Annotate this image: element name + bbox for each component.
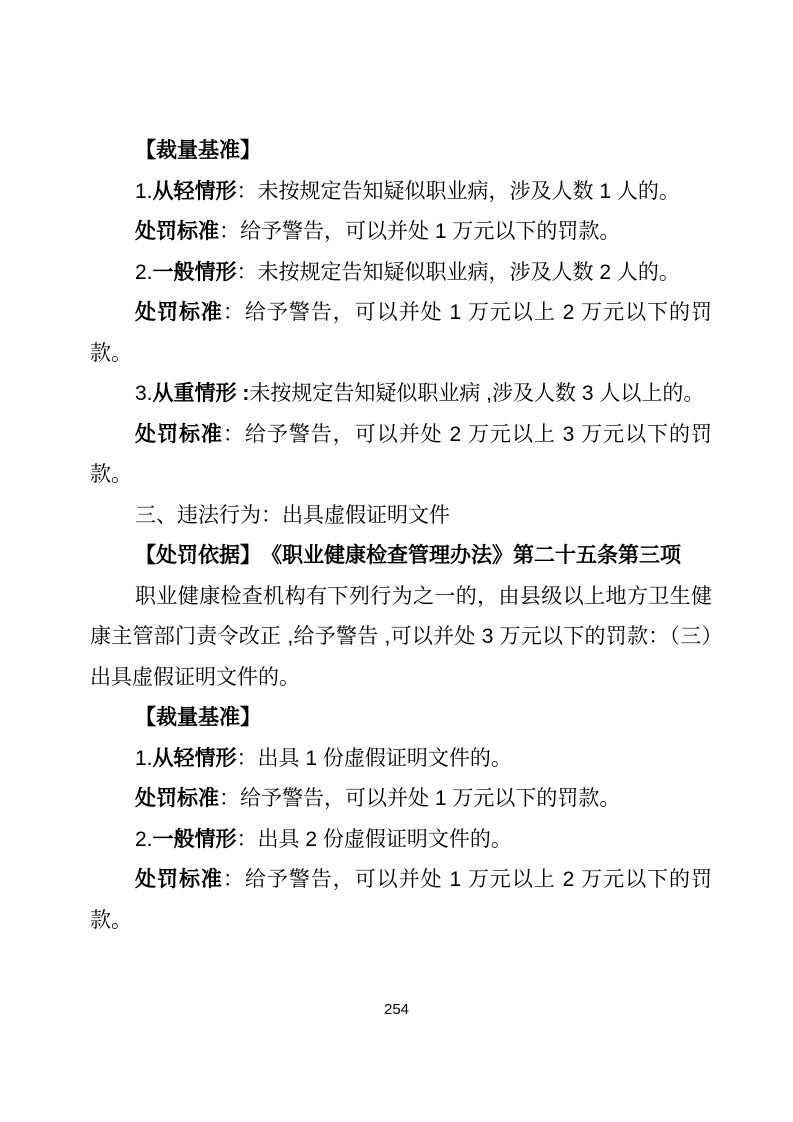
penalty-basis-heading: 【处罚依据】 《职业健康检查管理办法》第二十五条第三项 bbox=[90, 536, 712, 577]
bold-text-run: 处罚标准 bbox=[135, 301, 223, 324]
item-heavy-circumstance: 3.从重情形 :未按规定告知疑似职业病 ,涉及人数 3 人以上的。 bbox=[90, 374, 712, 415]
bold-text-run: 一般情形 bbox=[153, 828, 237, 851]
text-run: ：给予警告，可以并处 1 万元以下的罚款。 bbox=[219, 220, 620, 243]
bold-text-run: 【裁量基准】 bbox=[135, 706, 261, 729]
bold-text-run: 处罚标准 bbox=[135, 423, 223, 446]
text-run: 1. bbox=[135, 180, 153, 203]
bold-text-run: 【处罚依据】 《职业健康检查管理办法》第二十五条第三项 bbox=[135, 544, 681, 567]
penalty-standard-general: 处罚标准：给予警告，可以并处 1 万元以上 2 万元以下的罚款。 bbox=[90, 293, 712, 374]
bold-text-run: 从轻情形 bbox=[153, 747, 237, 770]
bold-text-run: 从轻情形 bbox=[153, 180, 237, 203]
bold-text-run: 从重情形 : bbox=[153, 382, 250, 405]
text-run: 三、违法行为：出具虚假证明文件 bbox=[135, 504, 450, 527]
penalty-standard-heavy: 处罚标准：给予警告，可以并处 2 万元以上 3 万元以下的罚款。 bbox=[90, 415, 712, 496]
item-general-circumstance: 2.一般情形：未按规定告知疑似职业病，涉及人数 2 人的。 bbox=[90, 253, 712, 294]
benchmark-heading: 【裁量基准】 bbox=[90, 698, 712, 739]
penalty-standard-light: 处罚标准：给予警告，可以并处 1 万元以下的罚款。 bbox=[90, 212, 712, 253]
bold-text-run: 处罚标准 bbox=[135, 787, 219, 810]
bold-text-run: 【裁量基准】 bbox=[135, 139, 261, 162]
penalty-standard-light: 处罚标准：给予警告，可以并处 1 万元以下的罚款。 bbox=[90, 779, 712, 820]
violation-heading: 三、违法行为：出具虚假证明文件 bbox=[90, 496, 712, 537]
text-run: 3. bbox=[135, 382, 153, 405]
text-run: 职业健康检查机构有下列行为之一的，由县级以上地方卫生健康主管部门责令改正 ,给予… bbox=[90, 585, 712, 689]
text-run: ：给予警告，可以并处 1 万元以下的罚款。 bbox=[219, 787, 620, 810]
text-run: ：未按规定告知疑似职业病，涉及人数 2 人的。 bbox=[237, 261, 680, 284]
item-general-circumstance: 2.一般情形：出具 2 份虚假证明文件的。 bbox=[90, 820, 712, 861]
penalty-standard-general: 处罚标准：给予警告，可以并处 1 万元以上 2 万元以下的罚款。 bbox=[90, 860, 712, 941]
text-run: 2. bbox=[135, 828, 153, 851]
text-run: 1. bbox=[135, 747, 153, 770]
item-light-circumstance: 1.从轻情形：出具 1 份虚假证明文件的。 bbox=[90, 739, 712, 780]
text-run: ：出具 2 份虚假证明文件的。 bbox=[237, 828, 512, 851]
bold-text-run: 处罚标准 bbox=[135, 220, 219, 243]
document-page: 【裁量基准】1.从轻情形：未按规定告知疑似职业病，涉及人数 1 人的。处罚标准：… bbox=[0, 0, 793, 1122]
item-light-circumstance: 1.从轻情形：未按规定告知疑似职业病，涉及人数 1 人的。 bbox=[90, 172, 712, 213]
text-run: ：未按规定告知疑似职业病，涉及人数 1 人的。 bbox=[237, 180, 680, 203]
bold-text-run: 一般情形 bbox=[153, 261, 237, 284]
document-body: 【裁量基准】1.从轻情形：未按规定告知疑似职业病，涉及人数 1 人的。处罚标准：… bbox=[90, 131, 712, 941]
legal-provision-text: 职业健康检查机构有下列行为之一的，由县级以上地方卫生健康主管部门责令改正 ,给予… bbox=[90, 577, 712, 699]
benchmark-heading: 【裁量基准】 bbox=[90, 131, 712, 172]
text-run: 2. bbox=[135, 261, 153, 284]
text-run: ：出具 1 份虚假证明文件的。 bbox=[237, 747, 512, 770]
page-number: 254 bbox=[0, 1001, 793, 1019]
text-run: 未按规定告知疑似职业病 ,涉及人数 3 人以上的。 bbox=[249, 382, 704, 405]
bold-text-run: 处罚标准 bbox=[135, 868, 223, 891]
